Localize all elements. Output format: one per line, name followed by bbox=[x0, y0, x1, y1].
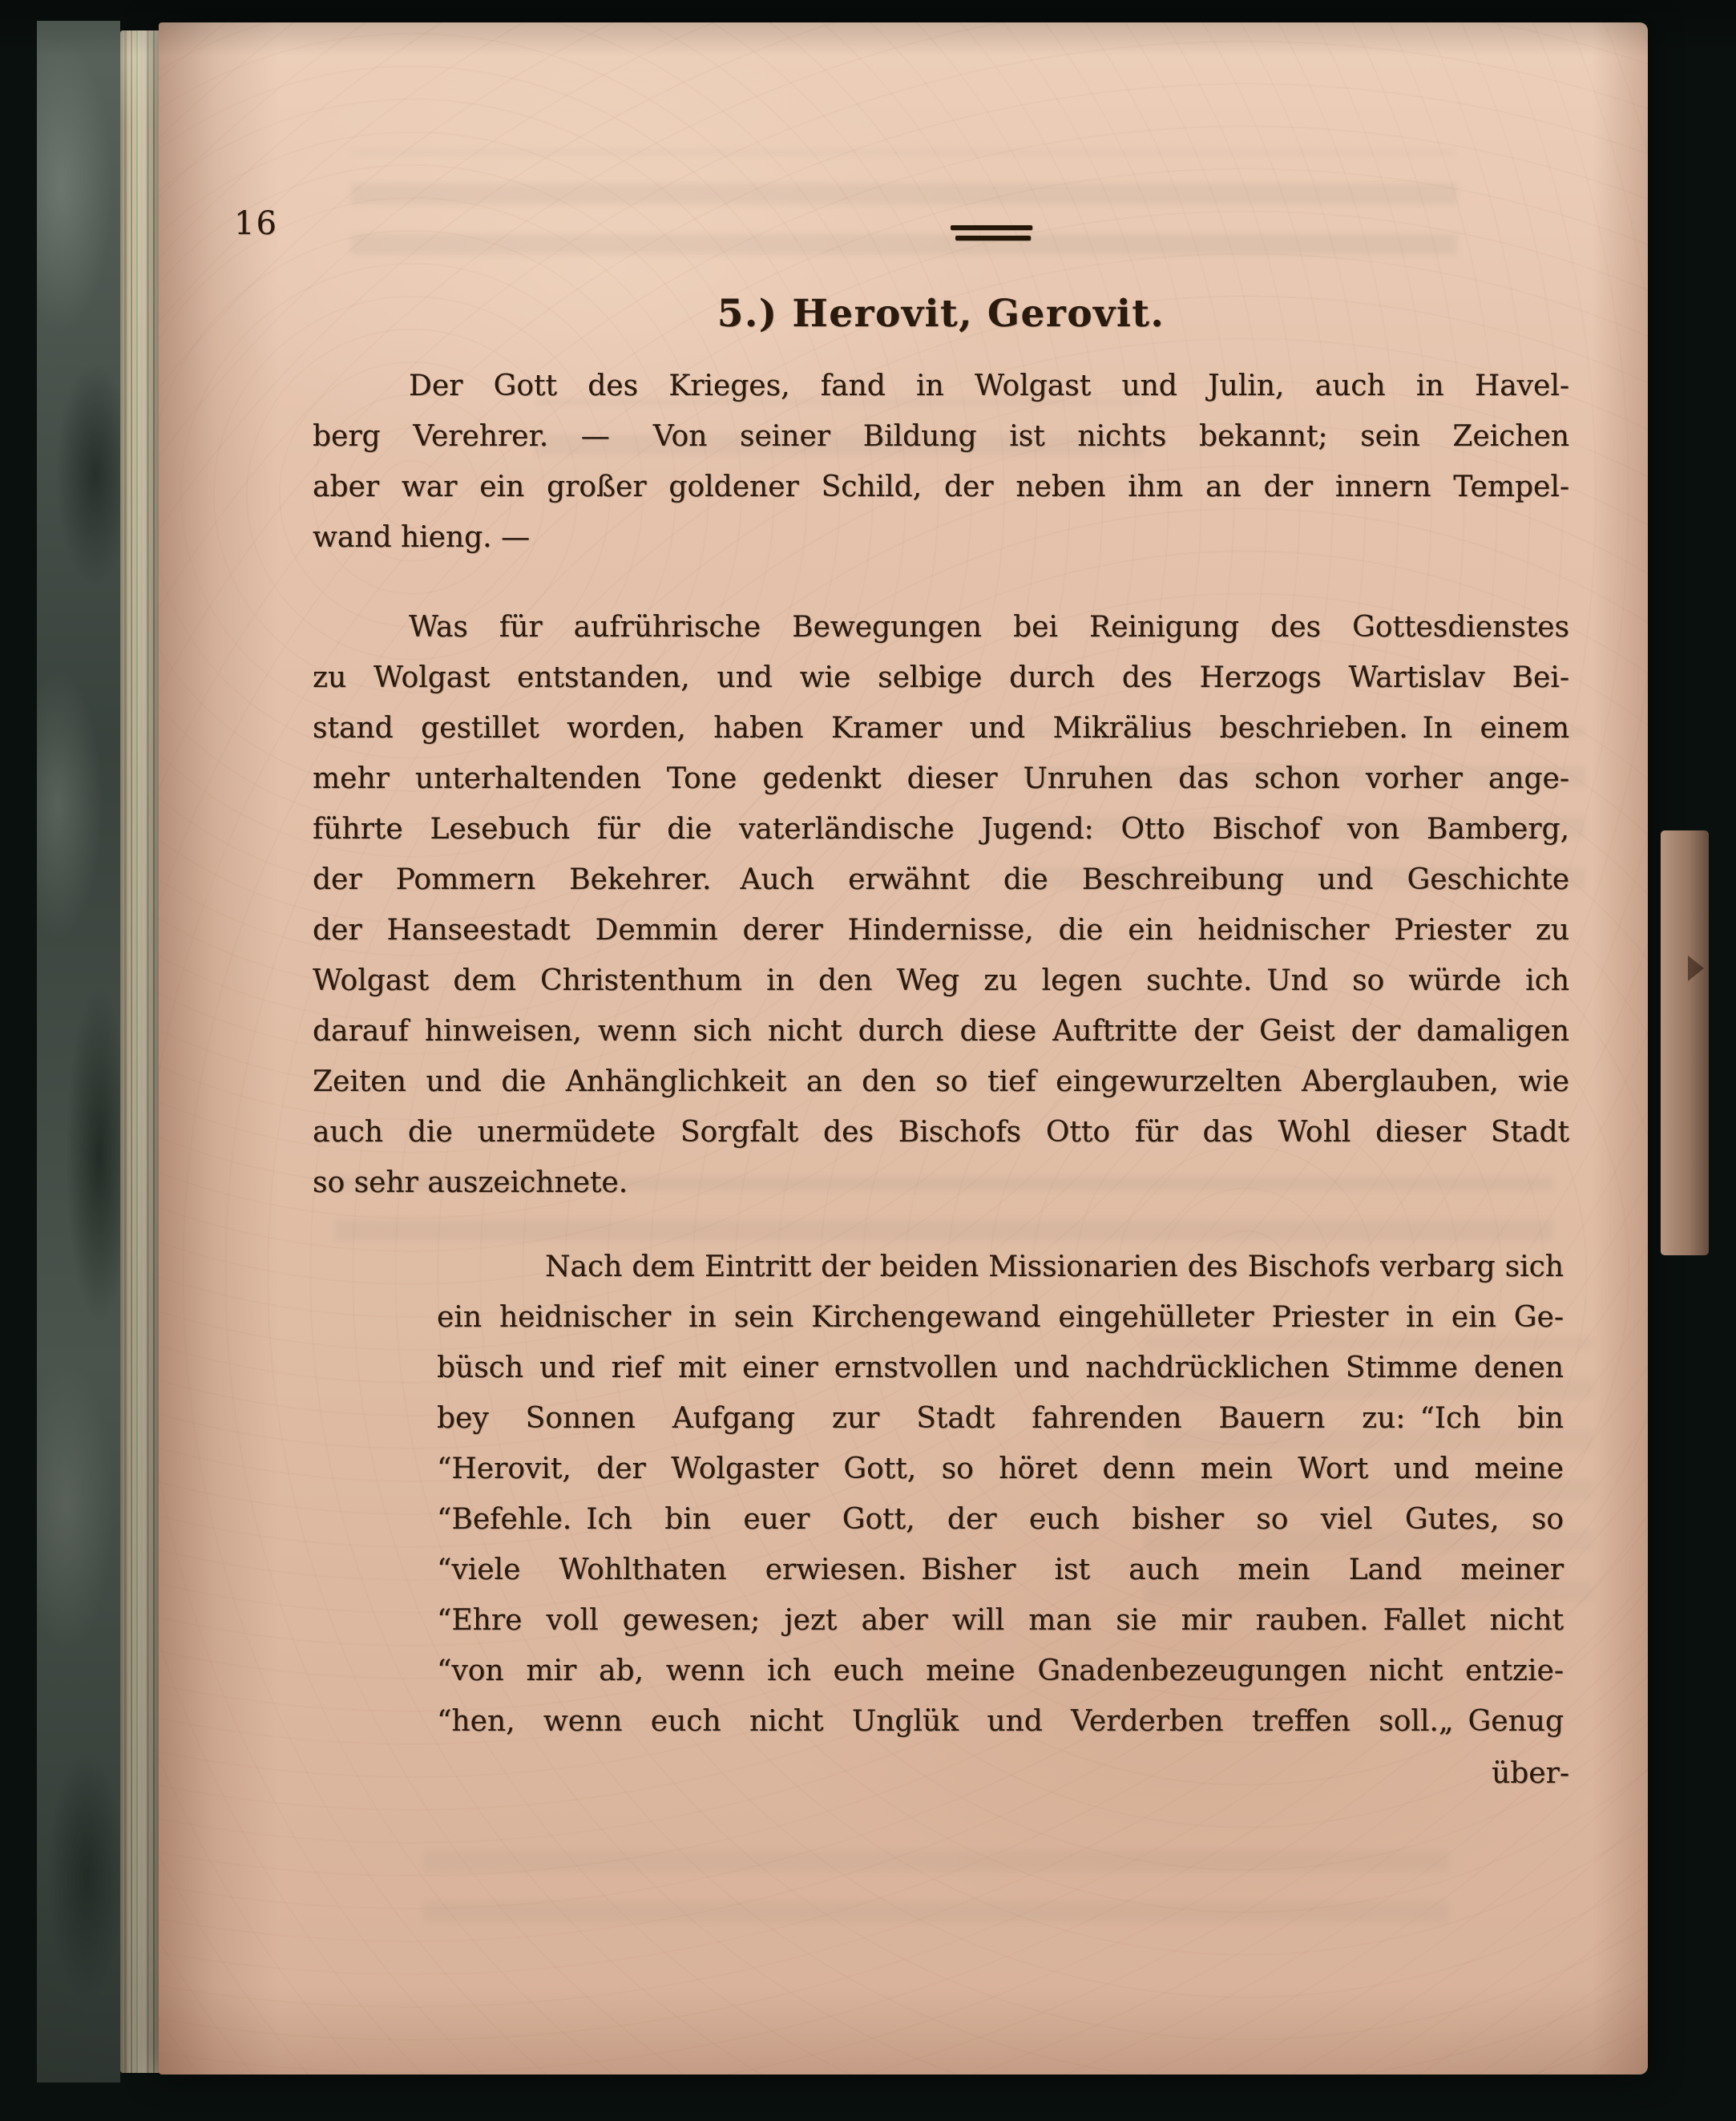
text-line: “von mir ab, wenn ich euch meine Gnadenb… bbox=[437, 1646, 1564, 1696]
text-line: so sehr auszeichnete. bbox=[313, 1157, 1569, 1208]
text-line: der Hanseestadt Demmin derer Hindernisse… bbox=[313, 905, 1569, 955]
text-line: “viele Wohlthaten erwiesen. Bisher ist a… bbox=[437, 1545, 1564, 1595]
section-heading: 5.) Herovit, Gerovit. bbox=[313, 292, 1569, 336]
text-line: führte Lesebuch für die vaterländische J… bbox=[313, 804, 1569, 854]
text-line: Was für aufrührische Bewegungen bei Rein… bbox=[313, 602, 1569, 652]
text-line: mehr unterhaltenden Tone gedenkt dieser … bbox=[313, 753, 1569, 804]
text-line: büsch und rief mit einer ernstvollen und… bbox=[437, 1343, 1564, 1393]
text-line: Zeiten und die Anhänglichkeit an den so … bbox=[313, 1056, 1569, 1107]
paragraph-1: Der Gott des Krieges, fand in Wolgast un… bbox=[313, 361, 1569, 563]
catchword: über- bbox=[313, 1757, 1569, 1790]
quote-paragraph: Nach dem Eintritt der beiden Missionarie… bbox=[437, 1242, 1564, 1747]
text-line: stand gestillet worden, haben Kramer und… bbox=[313, 703, 1569, 753]
next-page-edge bbox=[1661, 830, 1709, 1255]
page-number: 16 bbox=[234, 205, 278, 242]
bleed-through-smudge bbox=[423, 1826, 1449, 1922]
text-line: darauf hinweisen, wenn sich nicht durch … bbox=[313, 1006, 1569, 1056]
text-line: “Ehre voll gewesen; jezt aber will man s… bbox=[437, 1595, 1564, 1646]
text-line: ein heidnischer in sein Kirchengewand ei… bbox=[437, 1292, 1564, 1343]
header-rule bbox=[951, 225, 1032, 240]
text-line: Der Gott des Krieges, fand in Wolgast un… bbox=[313, 361, 1569, 411]
text-line: Nach dem Eintritt der beiden Missionarie… bbox=[437, 1242, 1564, 1292]
text-line: “Befehle. Ich bin euer Gott, der euch bi… bbox=[437, 1494, 1564, 1545]
paragraph-2: Was für aufrührische Bewegungen bei Rein… bbox=[313, 602, 1569, 1208]
text-line: auch die unermüdete Sorgfalt des Bischof… bbox=[313, 1107, 1569, 1157]
text-line: “Herovit, der Wolgaster Gott, so höret d… bbox=[437, 1444, 1564, 1494]
text-line: bey Sonnen Aufgang zur Stadt fahrenden B… bbox=[437, 1393, 1564, 1444]
text-line: zu Wolgast entstanden, und wie selbige d… bbox=[313, 652, 1569, 703]
bleed-through-smudge bbox=[351, 151, 1457, 255]
header-rule-bottom bbox=[955, 236, 1031, 240]
page-edge-mark bbox=[1688, 955, 1704, 981]
book-cover-marbled bbox=[37, 21, 120, 2083]
header-rule-top bbox=[951, 225, 1032, 230]
text-line: wand hieng. — bbox=[313, 512, 1569, 563]
text-line: der Pommern Bekehrer. Auch erwähnt die B… bbox=[313, 854, 1569, 905]
text-line: berg Verehrer. — Von seiner Bildung ist … bbox=[313, 411, 1569, 462]
text-line: Wolgast dem Christenthum in den Weg zu l… bbox=[313, 955, 1569, 1006]
text-line: “hen, wenn euch nicht Unglük und Verderb… bbox=[437, 1696, 1564, 1747]
text-line: aber war ein großer goldener Schild, der… bbox=[313, 462, 1569, 512]
